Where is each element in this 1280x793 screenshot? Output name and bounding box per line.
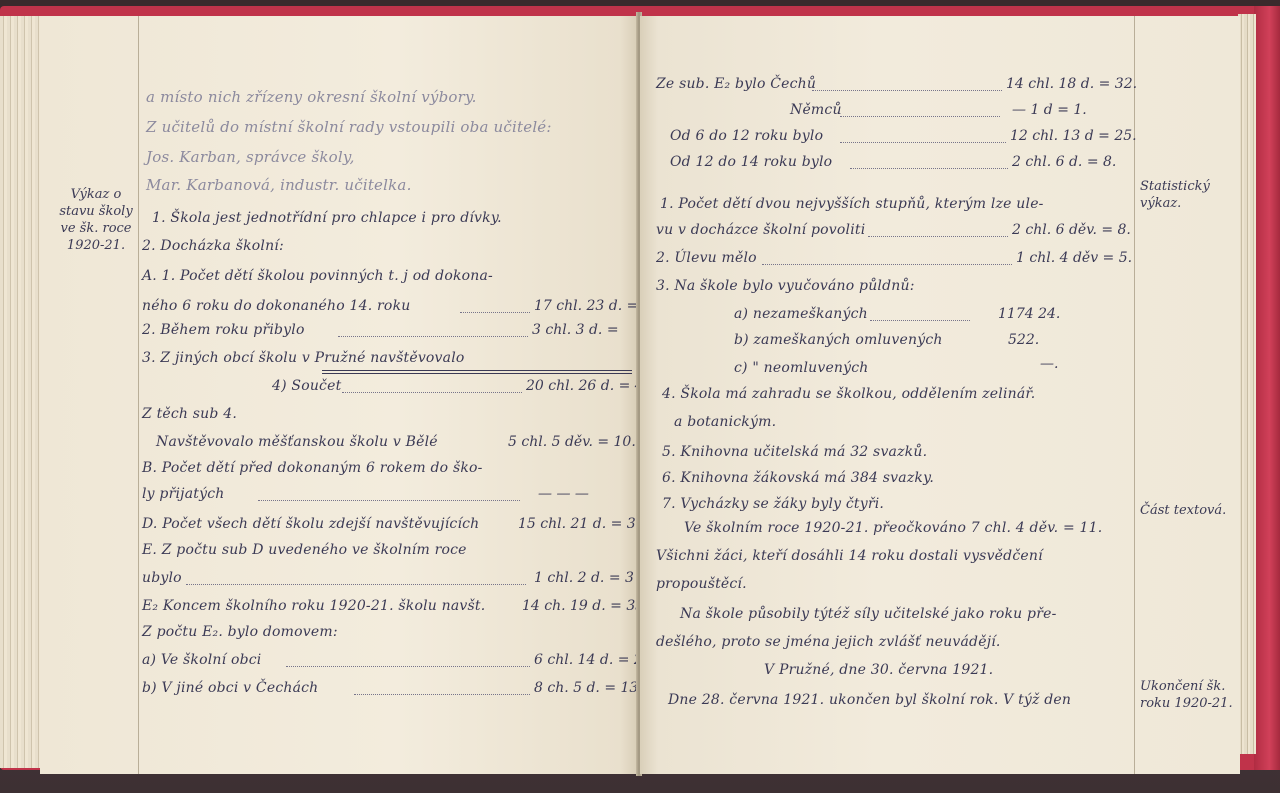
leader-dots <box>870 320 970 321</box>
left-page: Výkaz o stavu školy ve šk. roce 1920-21.… <box>40 16 638 774</box>
report-amount: 5 chl. 5 děv. = 10. <box>508 434 636 450</box>
report-amount: 14 ch. 19 d. = 33. <box>522 598 649 614</box>
report-line: E₂ Koncem školního roku 1920-21. školu n… <box>142 598 485 614</box>
report-line: propouštěcí. <box>656 576 747 592</box>
report-line: 2. Úlevu mělo <box>656 250 757 266</box>
margin-note-line: Ukončení šk. <box>1140 678 1233 695</box>
report-line: Ve školním roce 1920-21. přeočkováno 7 c… <box>684 520 1102 536</box>
leader-dots <box>840 116 1000 117</box>
report-amount: 2 chl. 6 d. = 8. <box>1012 154 1116 170</box>
leader-dots <box>338 336 528 337</box>
report-line: vu v docházce školní povoliti <box>656 222 865 238</box>
report-amount: 522. <box>1008 332 1039 348</box>
report-amount: — — — <box>538 486 589 502</box>
margin-note-statisticky-vykaz: Statistický výkaz. <box>1140 178 1210 212</box>
report-line: 5. Knihovna učitelská má 32 svazků. <box>662 444 927 460</box>
margin-note-line: výkaz. <box>1140 195 1210 212</box>
leader-dots <box>840 142 1006 143</box>
report-line: A. 1. Počet dětí školou povinných t. j o… <box>142 268 493 284</box>
report-line: 4) Součet <box>272 378 341 394</box>
intro-line: a místo nich zřízeny okresní školní výbo… <box>146 88 477 106</box>
report-amount: —. <box>1040 356 1058 372</box>
right-page-stack <box>1238 14 1256 754</box>
report-amount: 12 chl. 13 d = 25. <box>1010 128 1137 144</box>
leader-dots <box>258 500 520 501</box>
book-cover-edge <box>1254 6 1280 770</box>
report-line: ubylo <box>142 570 182 586</box>
report-line: 2. Docházka školní: <box>142 238 284 254</box>
report-line: Z těch sub 4. <box>142 406 237 422</box>
report-line: 4. Škola má zahradu se školkou, oddělení… <box>662 386 1035 402</box>
report-amount: 1 chl. 4 děv = 5. <box>1016 250 1132 266</box>
margin-note-line: Část textová. <box>1140 502 1226 519</box>
report-line: Z počtu E₂. bylo domovem: <box>142 624 338 640</box>
margin-note-line: stavu školy <box>56 203 136 220</box>
report-line: B. Počet dětí před dokonaným 6 rokem do … <box>142 460 483 476</box>
report-amount: 3 chl. 3 d. = <box>532 322 619 338</box>
report-line: 3. Z jiných obcí školu v Pružné navštěvo… <box>142 350 465 366</box>
margin-note-ukonceni: Ukončení šk. roku 1920-21. <box>1140 678 1233 712</box>
report-line: 1. Škola jest jednotřídní pro chlapce i … <box>152 210 502 226</box>
report-line: Všichni žáci, kteří dosáhli 14 roku dost… <box>656 548 1043 564</box>
report-line: c) " neomluvených <box>734 360 869 376</box>
report-line: a botanickým. <box>674 414 776 430</box>
leader-dots <box>354 694 530 695</box>
intro-line: Jos. Karban, správce školy, <box>146 148 355 166</box>
report-line: 3. Na škole bylo vyučováno půldnů: <box>656 278 915 294</box>
margin-note-line: roku 1920-21. <box>1140 695 1233 712</box>
report-amount: 14 chl. 18 d. = 32. <box>1006 76 1137 92</box>
report-line: 6. Knihovna žákovská má 384 svazky. <box>662 470 934 486</box>
report-line: a) Ve školní obci <box>142 652 261 668</box>
leader-dots <box>762 264 1012 265</box>
report-line: ly přijatých <box>142 486 224 502</box>
left-page-stack <box>0 16 42 768</box>
report-line: Němců <box>790 102 842 118</box>
intro-line: Z učitelů do místní školní rady vstoupil… <box>146 118 552 136</box>
report-line: dešlého, proto se jména jejich zvlášť ne… <box>656 634 1001 650</box>
report-line: Od 12 do 14 roku bylo <box>670 154 832 170</box>
report-line: D. Počet všech dětí školu zdejší navštěv… <box>142 516 479 532</box>
leader-dots <box>868 236 1008 237</box>
report-line: b) V jiné obci v Čechách <box>142 680 318 696</box>
leader-dots <box>286 666 530 667</box>
report-line: 7. Vycházky se žáky byly čtyři. <box>662 496 884 512</box>
margin-note-vykaz: Výkaz o stavu školy ve šk. roce 1920-21. <box>56 186 136 254</box>
report-line: Dne 28. června 1921. ukončen byl školní … <box>668 692 1071 708</box>
signature-date-line: V Pružné, dne 30. června 1921. <box>764 662 993 678</box>
report-amount: 1 chl. 2 d. = 3 <box>534 570 634 586</box>
leader-dots <box>186 584 526 585</box>
intro-line: Mar. Karbanová, industr. učitelka. <box>146 176 412 194</box>
right-page: Statistický výkaz. Část textová. Ukončen… <box>640 16 1240 774</box>
margin-note-line: Statistický <box>1140 178 1210 195</box>
report-line: a) nezameškaných <box>734 306 868 322</box>
report-line: Na škole působily týtéž síly učitelské j… <box>680 606 1057 622</box>
margin-note-cast-textova: Část textová. <box>1140 502 1226 519</box>
report-line: E. Z počtu sub D uvedeného ve školním ro… <box>142 542 467 558</box>
report-amount: 15 chl. 21 d. = 36. <box>518 516 649 532</box>
report-amount: — 1 d = 1. <box>1012 102 1087 118</box>
report-line: Od 6 do 12 roku bylo <box>670 128 823 144</box>
report-line: 2. Během roku přibylo <box>142 322 305 338</box>
report-line: ného 6 roku do dokonaného 14. roku <box>142 298 410 314</box>
left-margin-rule <box>138 16 139 774</box>
report-amount: 2 chl. 6 děv. = 8. <box>1012 222 1131 238</box>
report-line: 1. Počet dětí dvou nejvyšších stupňů, kt… <box>660 196 1044 212</box>
leader-dots <box>342 392 522 393</box>
report-line: Ze sub. E₂ bylo Čechů <box>656 76 816 92</box>
leader-dots <box>812 90 1002 91</box>
report-amount: 8 ch. 5 d. = 13. <box>534 680 643 696</box>
margin-note-line: ve šk. roce <box>56 220 136 237</box>
report-amount: 1174 24. <box>998 306 1060 322</box>
sum-double-underline <box>322 370 632 374</box>
leader-dots <box>850 168 1008 169</box>
report-line: b) zameškaných omluvených <box>734 332 943 348</box>
leader-dots <box>460 312 530 313</box>
margin-note-line: 1920-21. <box>56 237 136 254</box>
report-line: Navštěvovalo měšťanskou školu v Bělé <box>156 434 438 450</box>
margin-note-line: Výkaz o <box>56 186 136 203</box>
